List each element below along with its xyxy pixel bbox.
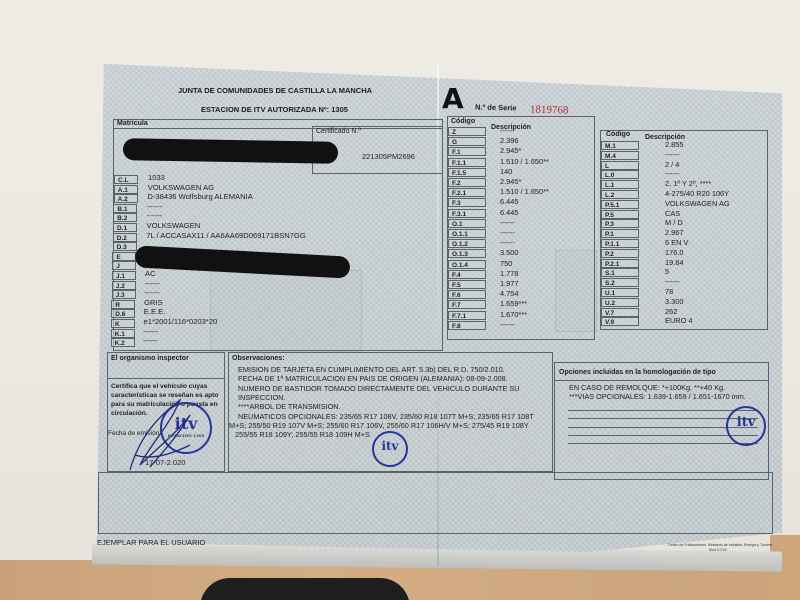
left-row-value: ------: [147, 202, 162, 211]
right-row-code: S.2: [601, 278, 639, 287]
right-row-value: ------: [665, 150, 680, 159]
right-row-code: P.2: [601, 249, 639, 258]
authority-title: JUNTA DE COMUNIDADES DE CASTILLA LA MANC…: [178, 86, 372, 95]
right-row-code: L: [601, 161, 639, 170]
middle-row-code: O.1.3: [448, 249, 486, 258]
signature: [120, 395, 210, 475]
right-row-code: V.7: [601, 308, 639, 317]
observaciones-line: M+S; 255/50 R19 107V M+S; 255/60 R17 106…: [229, 422, 529, 430]
right-row-code: L.0: [601, 170, 639, 179]
middle-row-value: ------: [500, 238, 515, 247]
left-row-value: E.E.E.: [144, 307, 166, 316]
middle-row-value: 6.445: [500, 208, 519, 217]
left-row-code: D.2: [113, 233, 137, 242]
station-title: ESTACION DE ITV AUTORIZADA Nº: 1305: [201, 105, 348, 114]
left-row-code: A.2: [114, 194, 138, 203]
left-row-code: D.1: [113, 223, 137, 232]
opciones-rule-1: [568, 410, 758, 411]
model-text: Mod 1/7/16: [709, 548, 727, 552]
right-row-code: P.5: [601, 210, 639, 219]
left-row-value: ------: [144, 288, 159, 297]
opciones-line: ***VIAS OPCIONALES: 1.639-1.659 / 1.651-…: [569, 392, 746, 401]
middle-row-value: 6.445: [500, 197, 519, 206]
left-row-value: D-38436 Wolfsburg ALEMANIA: [147, 192, 252, 201]
matricula-redaction: [123, 138, 338, 164]
middle-row-value: ------: [500, 218, 515, 227]
observaciones-line: EMISION DE TARJETA EN CUMPLIMIENTO DEL A…: [238, 366, 505, 374]
middle-row-value: 2.945*: [500, 177, 521, 186]
right-row-value: VOLKSWAGEN AG: [665, 199, 730, 208]
middle-row-code: O.1: [448, 219, 486, 228]
left-row-code: J.2: [112, 281, 136, 290]
middle-row-code: F.2.1: [448, 188, 486, 197]
left-row-code: B.1: [113, 204, 137, 213]
middle-row-code: F.1: [448, 147, 486, 156]
left-row-value: e1*2001/116*0203*20: [144, 317, 218, 326]
right-row-value: 6 EN V: [665, 238, 688, 247]
left-row-code: K: [111, 319, 135, 328]
middle-row-value: 140: [500, 167, 512, 176]
right-row-code: P.1.1: [601, 239, 639, 248]
right-row-value: 78: [665, 287, 673, 296]
right-row-value: 2, 1º Y 2º, ****: [665, 179, 711, 188]
itv-stamp-opciones: itv: [726, 406, 766, 446]
middle-row-value: 1.510 / 1.650**: [500, 187, 549, 196]
shoe: [200, 578, 410, 600]
right-row-code: P.5.1: [601, 200, 639, 209]
right-row-code: U.1: [601, 288, 639, 297]
right-row-value: 3.300: [665, 297, 684, 306]
right-row-value: CAS: [665, 209, 680, 218]
inspector-title: El organismo inspector: [111, 355, 189, 362]
right-row-code: L.1: [601, 180, 639, 189]
right-row-value: M / D: [665, 218, 683, 227]
middle-row-value: 1.778: [500, 269, 519, 278]
right-row-code: M.1: [601, 141, 639, 150]
matricula-label: Matrícula: [117, 120, 148, 127]
right-row-code: S.1: [601, 268, 639, 277]
middle-row-value: 4.754: [500, 289, 519, 298]
left-row-code: B.2: [113, 213, 137, 222]
observaciones-line: INSPECCION.: [238, 394, 285, 402]
opciones-rule-5: [568, 443, 758, 444]
middle-row-value: 2.945*: [500, 146, 521, 155]
itv-stamp-text-3: itv: [728, 415, 764, 430]
observaciones-line: FECHA DE 1ª MATRICULACION EN PAIS DE ORI…: [238, 375, 508, 383]
left-row-value: ------: [143, 336, 158, 345]
middle-row-code: F.1.5: [448, 168, 486, 177]
left-row-value: GRIS: [144, 298, 163, 307]
middle-row-value: 1.510 / 1.650**: [500, 157, 549, 166]
opciones-title: Opciones incluidas en la homologación de…: [559, 369, 716, 376]
right-row-value: 176.0: [665, 248, 684, 257]
right-row-value: 262: [665, 307, 677, 316]
middle-col-code: Código: [451, 118, 475, 125]
right-row-code: L.2: [601, 190, 639, 199]
middle-row-code: F.2: [448, 178, 486, 187]
middle-row-code: F.1.1: [448, 158, 486, 167]
left-row-code: K.2: [111, 338, 135, 347]
bottom-frame: [98, 472, 773, 534]
right-row-code: M.4: [601, 151, 639, 160]
right-row-value: 5: [665, 267, 669, 276]
left-row-value: ------: [147, 211, 162, 220]
observaciones-line: 255/55 R18 109Y; 255/55 R18 109H M+S: [235, 431, 370, 439]
right-row-value: 2.855: [665, 140, 684, 149]
right-row-code: V.9: [601, 317, 639, 326]
middle-row-value: ------: [500, 320, 515, 329]
left-row-code: J: [112, 261, 136, 270]
left-row-code: C.L: [114, 175, 138, 184]
serial-label: N.º de Serie: [475, 102, 517, 112]
middle-row-code: F.7.1: [448, 311, 486, 320]
middle-row-code: F.4: [448, 270, 486, 279]
left-row-code: J.3: [112, 290, 136, 299]
middle-row-value: ------: [500, 228, 515, 237]
left-row-code: K.1: [111, 329, 135, 338]
certificado-value: 221305PM2696: [362, 152, 415, 161]
certificado-label: Certificado N.º: [316, 128, 361, 135]
right-col-code: Código: [606, 131, 630, 138]
inspector-divider: [107, 378, 225, 379]
right-row-value: EURO 4: [665, 316, 693, 325]
middle-row-value: 1.670***: [500, 310, 527, 319]
left-row-value: 1033: [148, 173, 165, 182]
copy-label: EJEMPLAR PARA EL USUARIO: [97, 538, 205, 547]
right-row-value: 2 / 4: [665, 160, 679, 169]
middle-row-value: ------: [500, 126, 515, 135]
right-row-value: 4-275/40 R20 106Y: [665, 189, 729, 198]
right-row-code: P.3: [601, 219, 639, 228]
right-row-value: ------: [665, 169, 680, 178]
left-row-code: D.3: [113, 242, 137, 251]
opciones-line: EN CASO DE REMOLQUE: *+100Kg. **+40 Kg.: [569, 383, 725, 392]
middle-row-code: O.1.2: [448, 239, 486, 248]
imprint-text: Centro de Publicaciones. Ministerio de I…: [668, 543, 772, 547]
serial-number: 1819768: [530, 103, 569, 116]
right-row-value: ------: [665, 277, 680, 286]
middle-row-code: F.5: [448, 280, 486, 289]
left-row-code: J.1: [112, 271, 136, 280]
observaciones-line: NEUMATICOS OPCIONALES: 235/65 R17 108V, …: [238, 413, 534, 421]
middle-row-code: F.7: [448, 300, 486, 309]
right-row-code: U.2: [601, 298, 639, 307]
left-row-code: A.1: [114, 185, 138, 194]
middle-row-code: Z: [448, 127, 486, 136]
middle-row-code: G: [448, 137, 486, 146]
observaciones-line: NUMERO DE BASTIDOR TOMADO DIRECTAMENTE D…: [238, 385, 520, 393]
left-row-code: D.6: [111, 309, 135, 318]
opciones-divider: [554, 380, 769, 381]
middle-row-value: 2.396: [500, 136, 519, 145]
left-row-code: E: [112, 252, 136, 261]
right-row-value: 2.967: [665, 228, 684, 237]
observaciones-line: ****ARBOL DE TRANSMISION.: [238, 403, 341, 411]
right-row-value: 19.84: [665, 258, 684, 267]
itv-stamp-text-2: itv: [374, 439, 406, 453]
left-row-value: 7L / ACCASAX11 / AA6AA69D069171BSN7GG: [146, 231, 306, 240]
left-row-code: R: [111, 300, 135, 309]
middle-row-value: 3.500: [500, 248, 519, 257]
itv-stamp-observaciones: itv: [372, 431, 408, 467]
left-row-value: VOLKSWAGEN AG: [148, 183, 214, 192]
left-row-value: ------: [143, 327, 158, 336]
left-row-value: VOLKSWAGEN: [147, 221, 201, 230]
middle-row-value: 1.977: [500, 279, 519, 288]
middle-row-code: F.6: [448, 290, 486, 299]
middle-row-code: O.1.1: [448, 229, 486, 238]
right-row-code: P.2.1: [601, 259, 639, 268]
left-row-value: ------: [145, 279, 160, 288]
left-row-value: AC: [145, 269, 156, 278]
middle-row-code: F.3.1: [448, 209, 486, 218]
middle-row-code: F.8: [448, 321, 486, 330]
observaciones-title: Observaciones:: [232, 355, 285, 362]
middle-row-code: F.3: [448, 198, 486, 207]
middle-row-value: 1.659***: [500, 299, 527, 308]
right-row-code: P.1: [601, 229, 639, 238]
card-type-letter: A: [442, 82, 464, 115]
middle-row-value: 750: [500, 259, 512, 268]
middle-row-code: O.1.4: [448, 260, 486, 269]
